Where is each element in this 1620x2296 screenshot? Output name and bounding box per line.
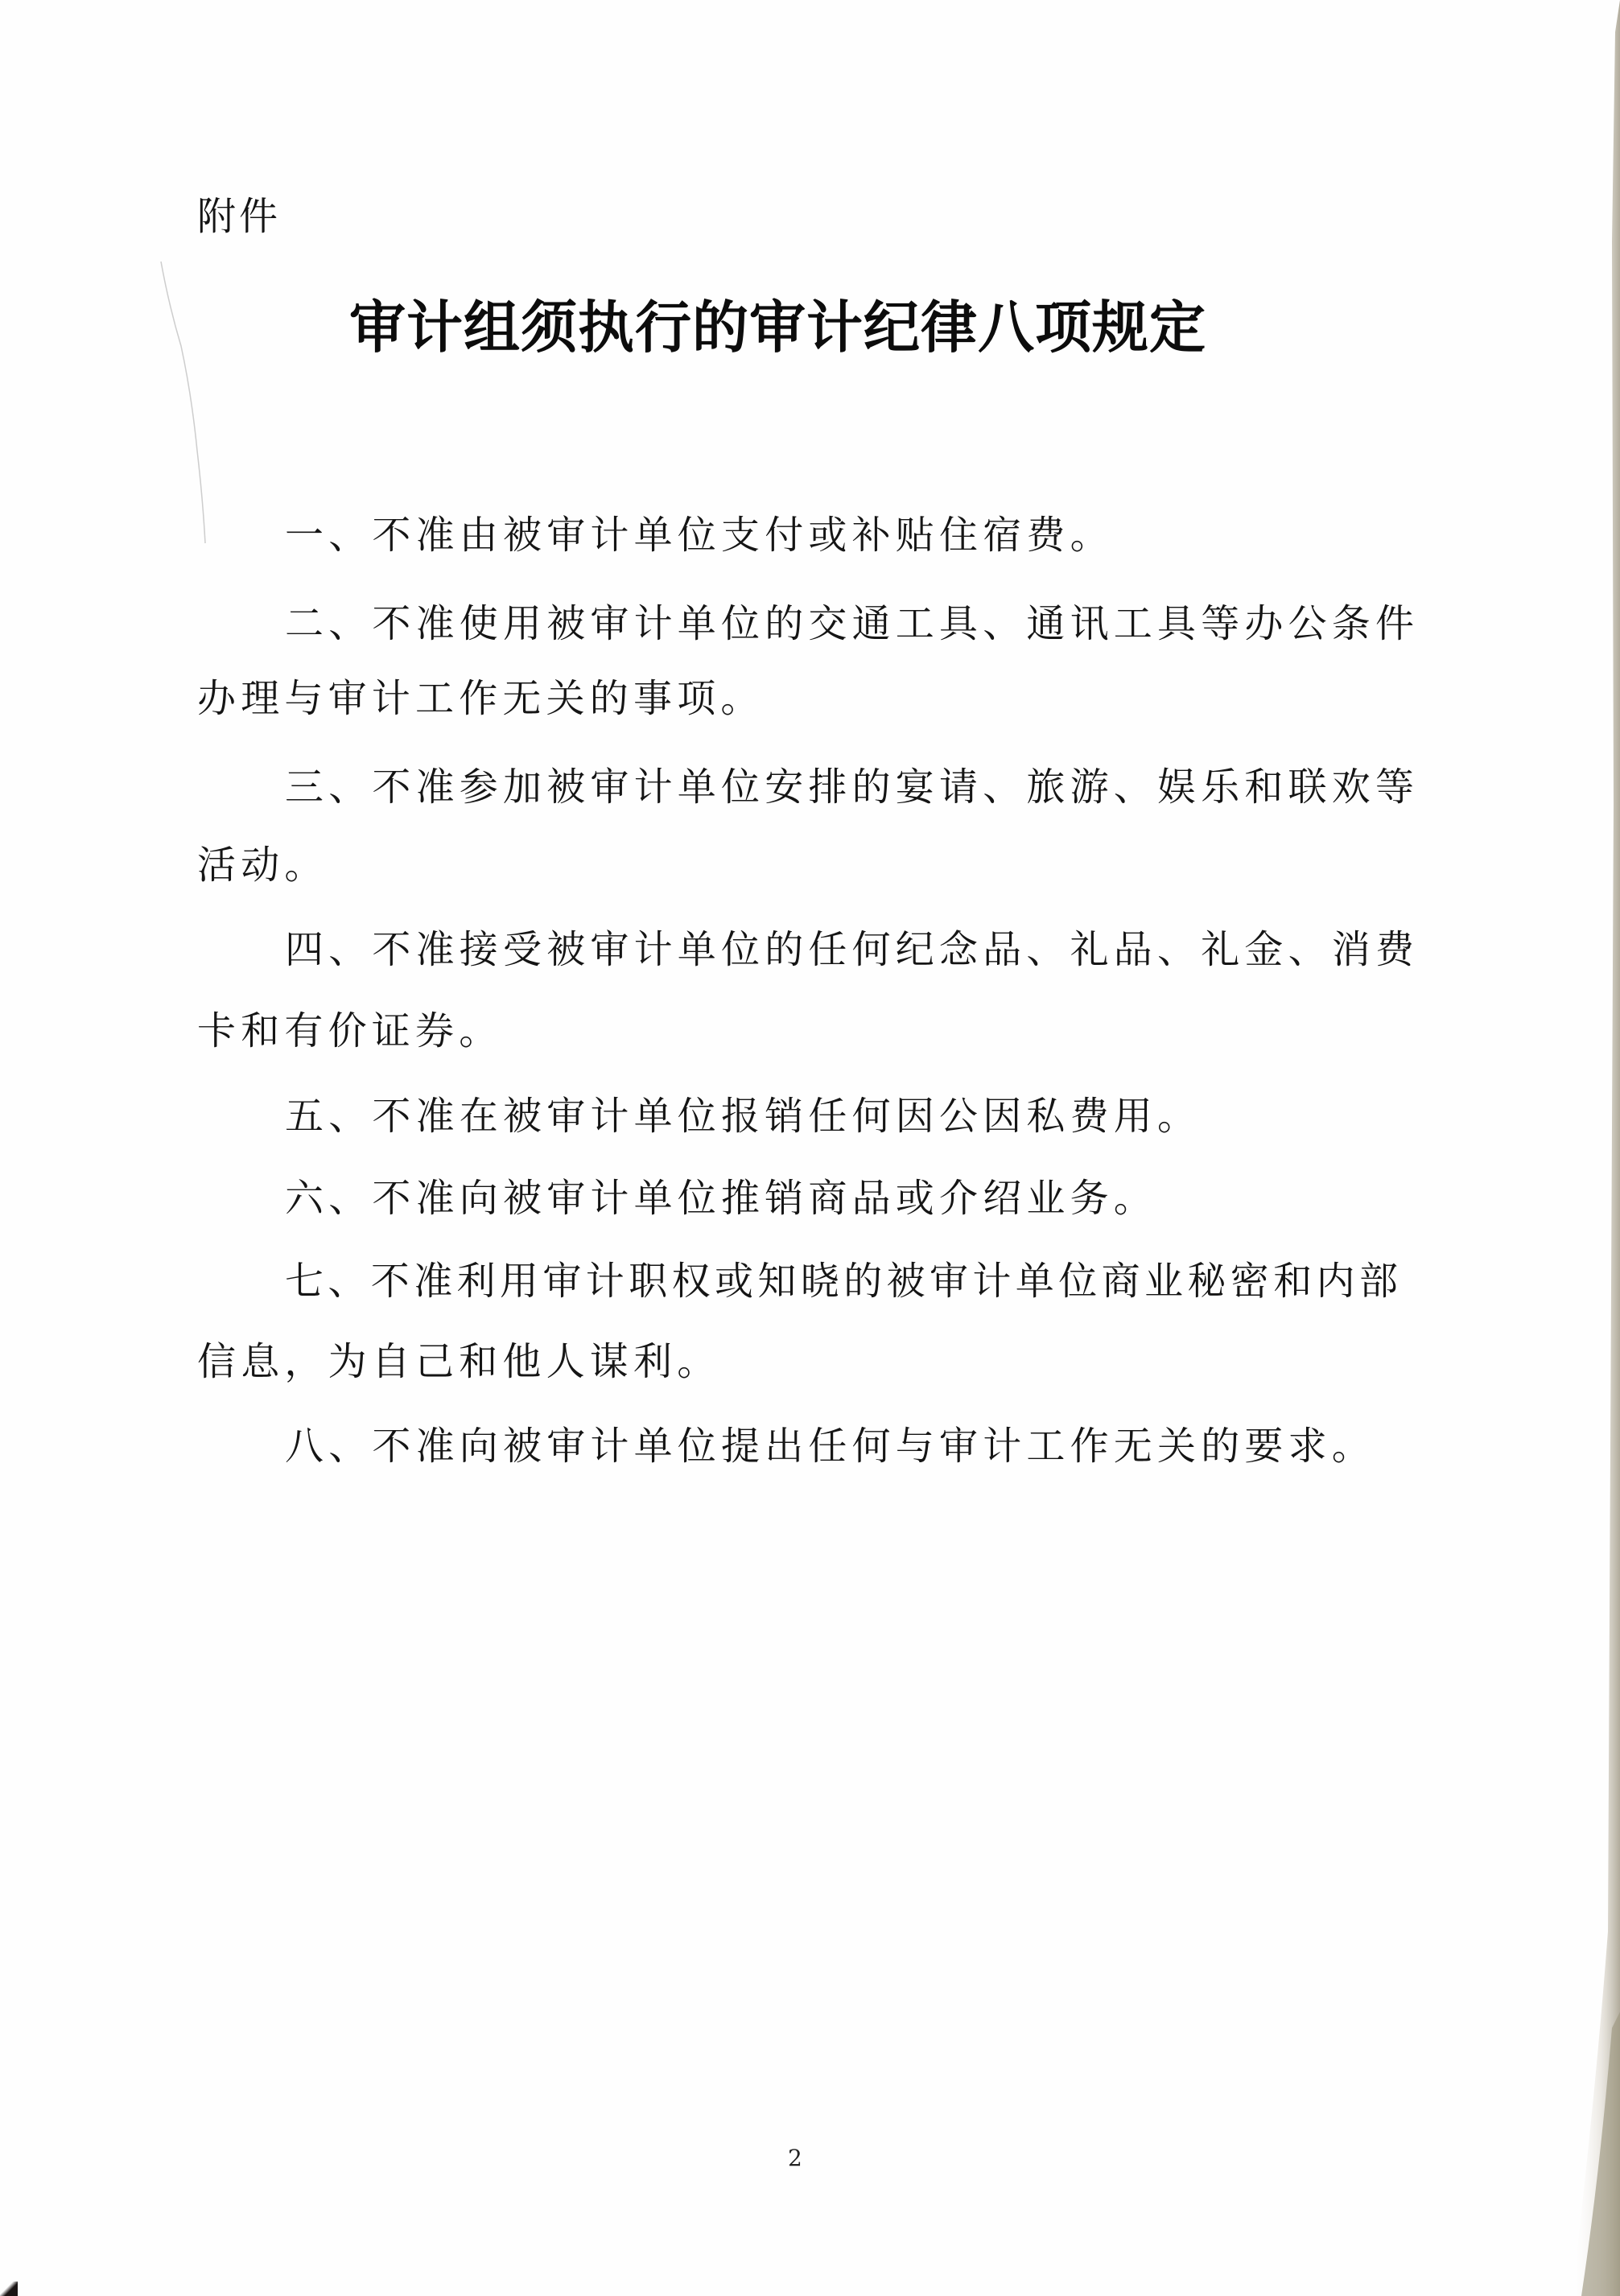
- attachment-label: 附件: [197, 194, 281, 239]
- rule-3-line-1: 三、不准参加被审计单位安排的宴请、旅游、娱乐和联欢等: [285, 763, 1419, 811]
- scan-corner-shadow: [0, 2282, 18, 2296]
- rule-3-line-2: 活动。: [197, 841, 328, 889]
- rule-7-line-1: 七、不准利用审计职权或知晓的被审计单位商业秘密和内部: [285, 1257, 1402, 1305]
- rule-8-line-1: 八、不准向被审计单位提出任何与审计工作无关的要求。: [285, 1422, 1375, 1470]
- document-title: 审计组须执行的审计纪律八项规定: [349, 293, 1206, 362]
- page-number: 2: [788, 2145, 802, 2172]
- rule-1-line-1: 一、不准由被审计单位支付或补贴住宿费。: [285, 511, 1114, 559]
- rule-5-line-1: 五、不准在被审计单位报销任何因公因私费用。: [285, 1092, 1201, 1140]
- rule-7-line-2: 信息，为自己和他人谋利。: [197, 1338, 720, 1386]
- document-page: 附件 审计组须执行的审计纪律八项规定 一、不准由被审计单位支付或补贴住宿费。 二…: [0, 0, 1620, 2296]
- rule-6-line-1: 六、不准向被审计单位推销商品或介绍业务。: [285, 1174, 1157, 1222]
- rule-4-line-1: 四、不准接受被审计单位的任何纪念品、礼品、礼金、消费: [285, 925, 1419, 974]
- rule-2-line-1: 二、不准使用被审计单位的交通工具、通讯工具等办公条件: [285, 600, 1419, 648]
- page-edge-shadow: [1564, 0, 1620, 2296]
- rule-2-line-2: 办理与审计工作无关的事项。: [197, 674, 765, 723]
- rule-4-line-2: 卡和有价证券。: [197, 1007, 502, 1055]
- paper-crease: [153, 258, 233, 547]
